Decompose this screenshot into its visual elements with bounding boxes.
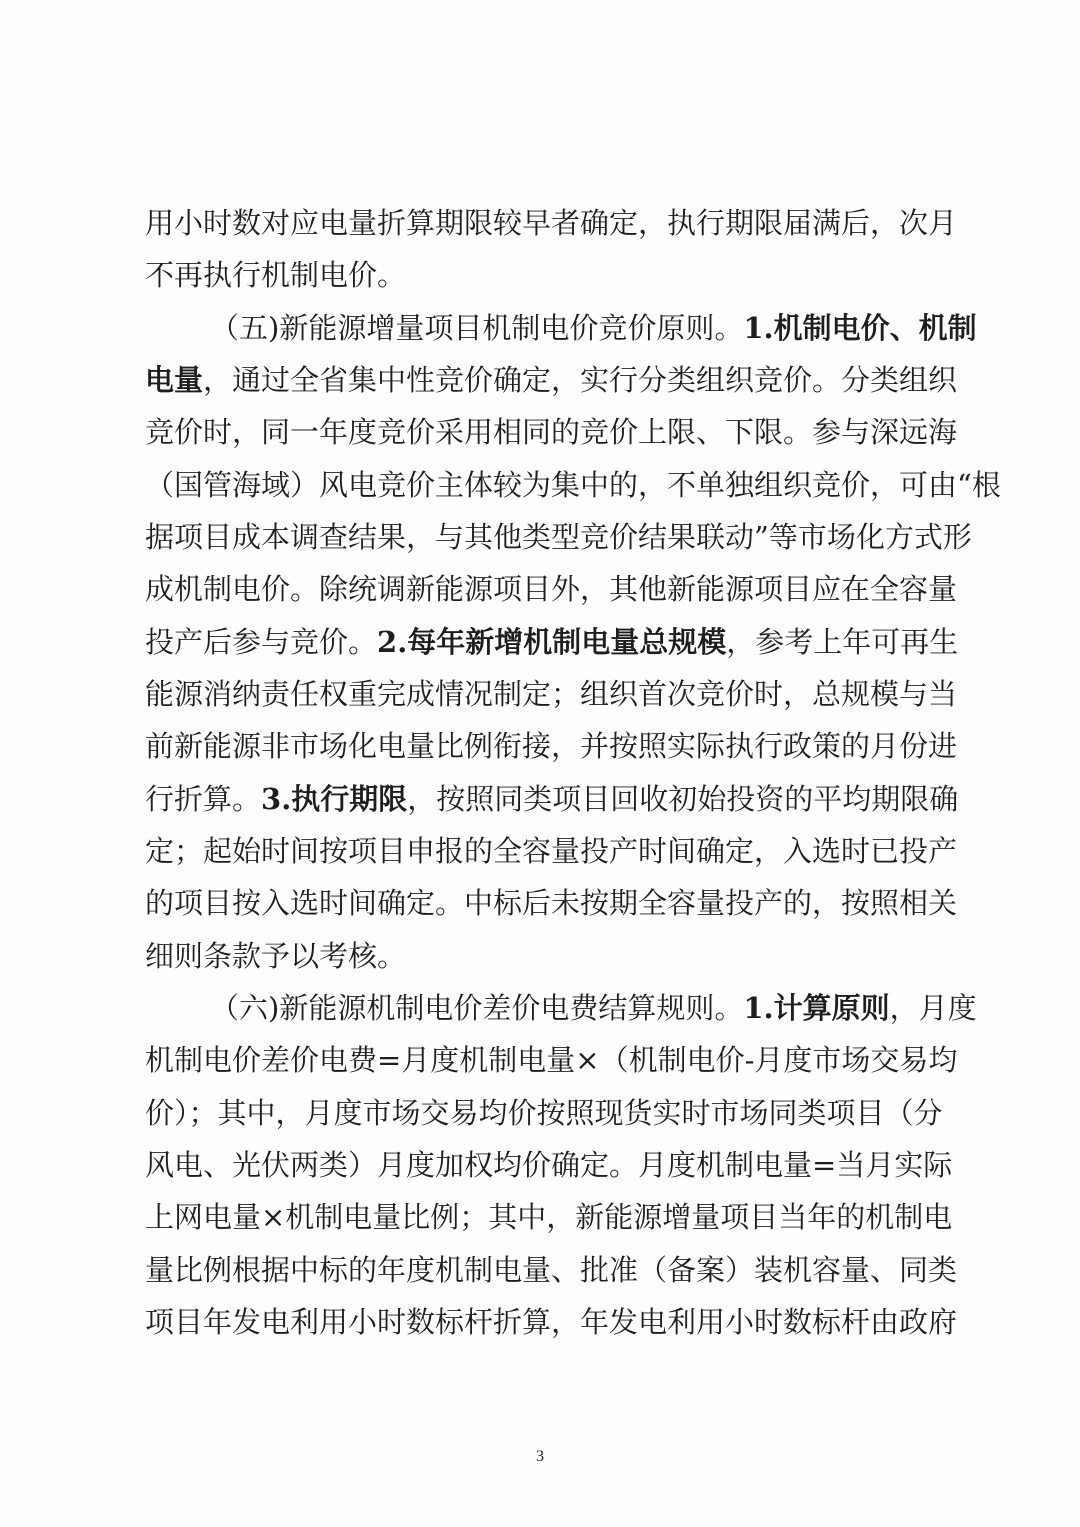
paragraph-first-line: （五)新能源增量项目机制电价竞价原则。1.机制电价、机制 — [210, 308, 941, 348]
body-text: 竞价时，同一年度竞价采用相同的竞价上限、下限。参与深远海 — [145, 415, 957, 449]
body-text: （五)新能源增量项目机制电价竞价原则。 — [210, 311, 743, 345]
body-text: ，按照同类项目回收初始投资的平均期限确 — [407, 782, 958, 816]
body-text: （国管海域）风电竞价主体较为集中的，不单独组织竞价，可由“根 — [145, 468, 1001, 502]
body-text: 能源消纳责任权重完成情况制定；组织首次竞价时，总规模与当 — [145, 677, 957, 711]
body-text: 行折算。 — [145, 782, 261, 816]
bold-heading-text: 电量 — [145, 363, 203, 397]
text-line: 机制电价差价电费=月度机制电量×（机制电价-月度市场交易均 — [145, 1040, 941, 1080]
text-line: 电量，通过全省集中性竞价确定，实行分类组织竞价。分类组织 — [145, 360, 941, 400]
body-text: 定；起始时间按项目申报的全容量投产时间确定，入选时已投产 — [145, 834, 957, 868]
text-line: 据项目成本调查结果，与其他类型竞价结果联动”等市场化方式形 — [145, 517, 941, 557]
text-line: 能源消纳责任权重完成情况制定；组织首次竞价时，总规模与当 — [145, 674, 941, 714]
bold-heading-text: 1.机制电价、机制 — [743, 311, 976, 345]
text-line: 投产后参与竞价。2.每年新增机制电量总规模，参考上年可再生 — [145, 622, 941, 662]
body-text: ，通过全省集中性竞价确定，实行分类组织竞价。分类组织 — [203, 363, 957, 397]
body-text: 量比例根据中标的年度机制电量、批准（备案）装机容量、同类 — [145, 1253, 957, 1287]
body-text: 机制电价差价电费=月度机制电量×（机制电价-月度市场交易均 — [145, 1043, 957, 1077]
body-text: 据项目成本调查结果，与其他类型竞价结果联动”等市场化方式形 — [145, 520, 972, 554]
text-line: 行折算。3.执行期限，按照同类项目回收初始投资的平均期限确 — [145, 779, 941, 819]
body-text: ，月度 — [890, 991, 977, 1025]
text-line: 价）；其中，月度市场交易均价按照现货实时市场同类项目（分 — [145, 1093, 941, 1133]
bold-heading-text: 1.计算原则 — [743, 991, 889, 1025]
text-line: 项目年发电利用小时数标杆折算，年发电利用小时数标杆由政府 — [145, 1302, 941, 1342]
text-line: 风电、光伏两类）月度加权均价确定。月度机制电量=当月实际 — [145, 1145, 941, 1185]
body-text: ，参考上年可再生 — [726, 625, 958, 659]
body-text: （六)新能源机制电价差价电费结算规则。 — [210, 991, 743, 1025]
body-text: 不再执行机制电价。 — [145, 258, 406, 292]
body-text: 项目年发电利用小时数标杆折算，年发电利用小时数标杆由政府 — [145, 1305, 957, 1339]
body-text: 用小时数对应电量折算期限较早者确定，执行期限届满后，次月 — [145, 206, 957, 240]
text-line: 上网电量×机制电量比例；其中，新能源增量项目当年的机制电 — [145, 1197, 941, 1237]
text-line: 成机制电价。除统调新能源项目外，其他新能源项目应在全容量 — [145, 569, 941, 609]
text-line: （国管海域）风电竞价主体较为集中的，不单独组织竞价，可由“根 — [145, 465, 941, 505]
text-line: 细则条款予以考核。 — [145, 936, 941, 976]
text-line: 的项目按入选时间确定。中标后未按期全容量投产的，按照相关 — [145, 883, 941, 923]
document-page: 用小时数对应电量折算期限较早者确定，执行期限届满后，次月不再执行机制电价。（五)… — [0, 0, 1080, 1527]
text-line: 定；起始时间按项目申报的全容量投产时间确定，入选时已投产 — [145, 831, 941, 871]
text-line: 用小时数对应电量折算期限较早者确定，执行期限届满后，次月 — [145, 203, 941, 243]
body-text: 投产后参与竞价。 — [145, 625, 377, 659]
body-text: 风电、光伏两类）月度加权均价确定。月度机制电量=当月实际 — [145, 1148, 952, 1182]
paragraph-first-line: （六)新能源机制电价差价电费结算规则。1.计算原则，月度 — [210, 988, 941, 1028]
body-text: 价）；其中，月度市场交易均价按照现货实时市场同类项目（分 — [145, 1096, 943, 1130]
bold-heading-text: 2.每年新增机制电量总规模 — [377, 625, 726, 659]
body-text: 的项目按入选时间确定。中标后未按期全容量投产的，按照相关 — [145, 886, 957, 920]
body-text: 前新能源非市场化电量比例衔接，并按照实际执行政策的月份进 — [145, 729, 957, 763]
body-text: 细则条款予以考核。 — [145, 939, 406, 973]
text-line: 前新能源非市场化电量比例衔接，并按照实际执行政策的月份进 — [145, 726, 941, 766]
text-line: 竞价时，同一年度竞价采用相同的竞价上限、下限。参与深远海 — [145, 412, 941, 452]
body-text: 上网电量×机制电量比例；其中，新能源增量项目当年的机制电 — [145, 1200, 952, 1234]
body-text: 成机制电价。除统调新能源项目外，其他新能源项目应在全容量 — [145, 572, 957, 606]
page-number: 3 — [0, 1448, 1080, 1466]
text-line: 不再执行机制电价。 — [145, 255, 941, 295]
text-line: 量比例根据中标的年度机制电量、批准（备案）装机容量、同类 — [145, 1250, 941, 1290]
bold-heading-text: 3.执行期限 — [261, 782, 407, 816]
